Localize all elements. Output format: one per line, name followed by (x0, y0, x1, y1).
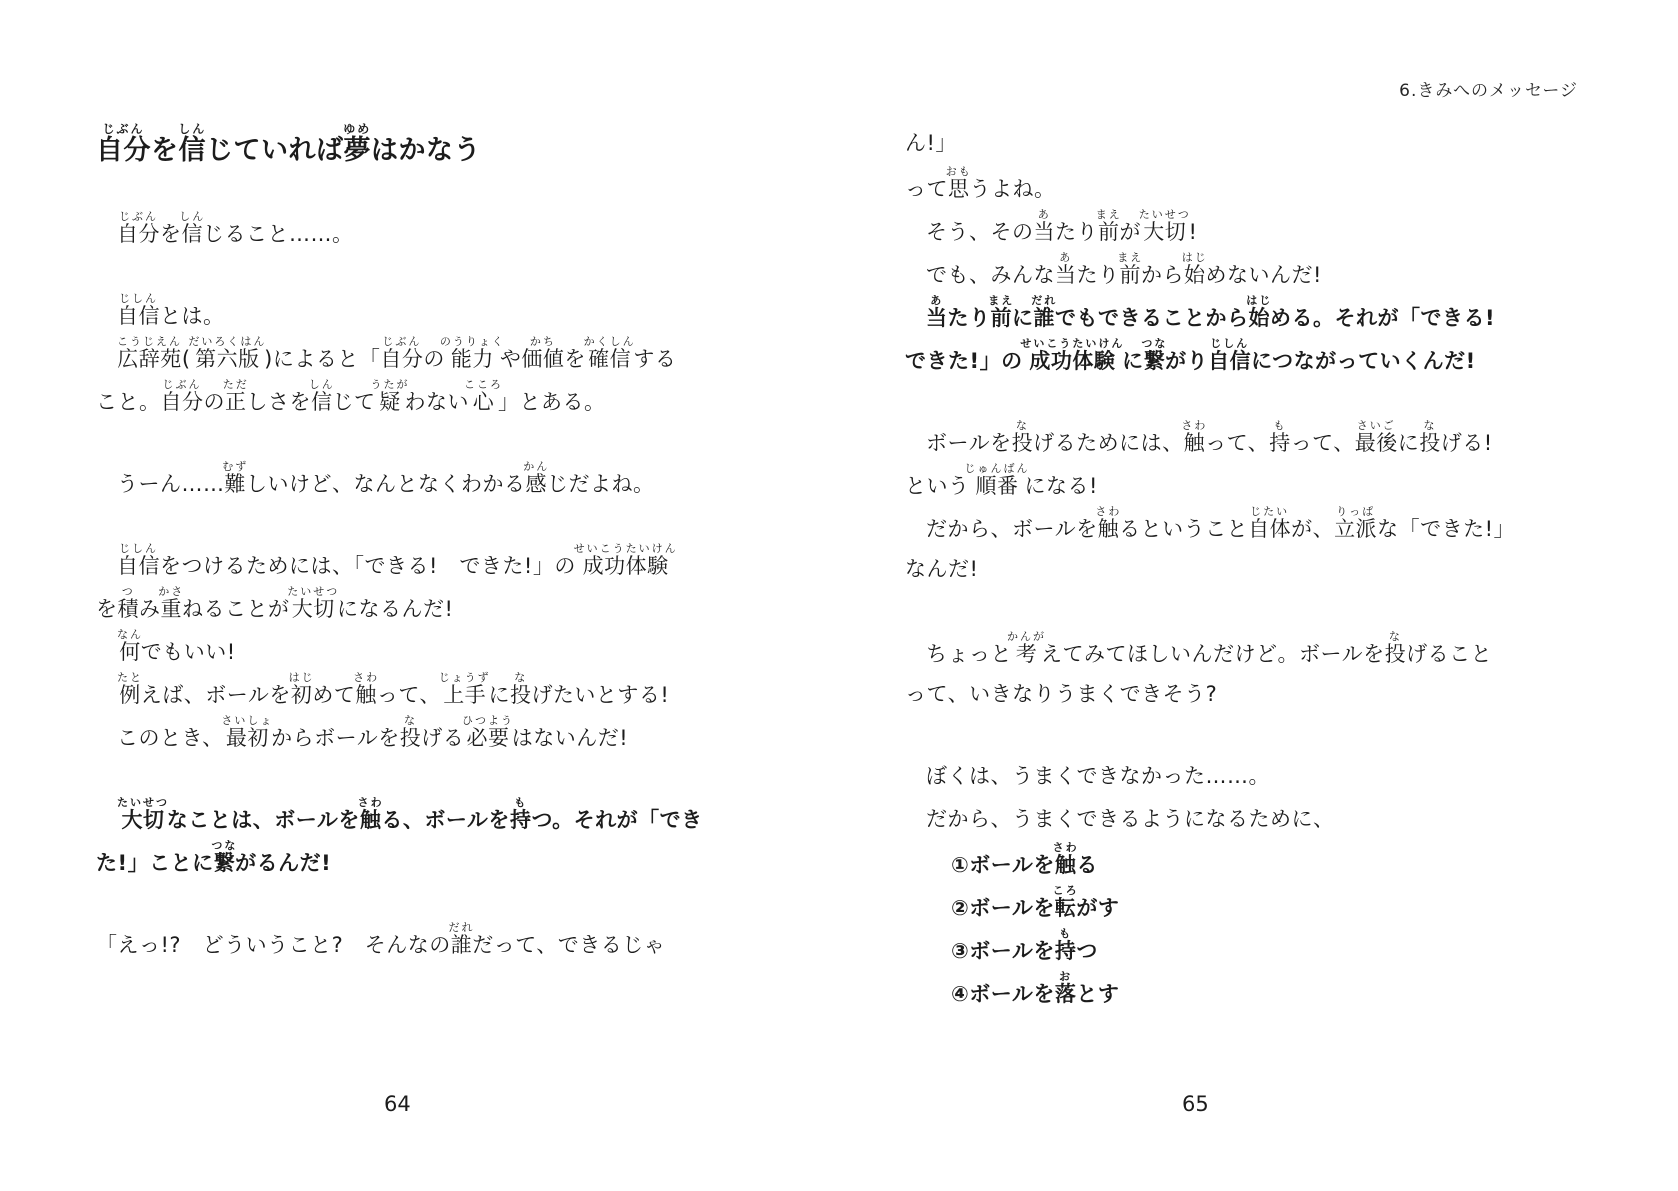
ruby-word: 考かんが (1012, 642, 1041, 666)
text-line: た!」ことに繋つながるんだ! (96, 839, 836, 882)
text-line: ちょっと考かんがえてみてほしいんだけど。ボールを投なげること (905, 630, 1645, 673)
text-line: 当あたり前まえに誰だれでもできることから始はじめる。それが「できる! (905, 294, 1645, 337)
page-number-left: 64 (384, 1092, 411, 1116)
text-line: 広辞苑こうじえん(第六版だいろくはん)によると「自分じぶんの能力のうりょくや価値… (96, 335, 836, 378)
ruby-word: 自体じたい (1248, 517, 1291, 541)
ruby-word: 難むず (225, 472, 247, 496)
ruby-word: 成功体験せいこうたいけん (1023, 349, 1123, 373)
text-line: そう、その当あたり前まえが大切たいせつ! (905, 208, 1645, 251)
text-line: って、いきなりうまくできそう? (905, 673, 1645, 716)
ruby-word: 自分じぶん (161, 390, 204, 414)
ruby-word: 投な (1419, 431, 1441, 455)
ruby-word: 当あ (1055, 263, 1077, 287)
text-line: 何なんでもいい! (96, 628, 836, 671)
ruby-word: 触さわ (355, 683, 377, 707)
ruby-word: 立派りっぱ (1334, 517, 1377, 541)
ruby-word: 最初さいしょ (224, 726, 272, 750)
ruby-word: 自分じぶん (117, 222, 160, 246)
text-line: このとき、最初さいしょからボールを投なげる必要ひつようはないんだ! (96, 714, 836, 757)
ruby-word: 順番じゅんばん (970, 474, 1025, 498)
ruby-word: 転ころ (1055, 896, 1077, 920)
ruby-word: 心こころ (469, 390, 498, 414)
text-line: ②ボールを転ころがす (905, 884, 1645, 927)
text-line: ①ボールを触さわる (905, 841, 1645, 884)
ruby-word: 投な (400, 726, 422, 750)
ruby-word: 夢ゆめ (344, 135, 372, 166)
text-line: 自信じしんをつけるためには、「できる! できた!」の成功体験せいこうたいけん (96, 542, 836, 585)
ruby-word: 感かん (526, 472, 548, 496)
ruby-word: 信しん (179, 135, 207, 166)
paragraph-block: ちょっと考かんがえてみてほしいんだけど。ボールを投なげることって、いきなりうまく… (905, 630, 1645, 716)
ruby-word: 信しん (182, 222, 204, 246)
text-line: 「えっ!? どういうこと? そんなの誰だれだって、できるじゃ (96, 921, 836, 964)
ruby-word: 正ただ (225, 390, 247, 414)
ruby-word: 信しん (311, 390, 333, 414)
ruby-word: 触さわ (360, 808, 382, 832)
ruby-word: 積つ (118, 597, 140, 621)
ruby-word: 広辞苑こうじえん (117, 347, 182, 371)
chapter-header: 6.きみへのメッセージ (1399, 76, 1578, 101)
ruby-word: 自信じしん (117, 304, 160, 328)
ruby-word: 価値かち (521, 347, 564, 371)
paragraph-block: ん!」って思おもうよね。そう、その当あたり前まえが大切たいせつ!でも、みんな当あ… (905, 122, 1645, 380)
ruby-word: 成功体験せいこうたいけん (576, 554, 678, 578)
ruby-word: 疑うたが (376, 390, 405, 414)
text-line: ④ボールを落おとす (905, 970, 1645, 1013)
ruby-word: 例たと (117, 683, 141, 707)
ruby-word: 何なん (117, 640, 141, 664)
page-number-right: 65 (1182, 1092, 1209, 1116)
left-page: 自分じぶんを信しんじていれば夢ゆめはかなう自分じぶんを信しんじること……。自信じ… (96, 0, 836, 1191)
paragraph-block: うーん……難むずしいけど、なんとなくわかる感かんじだよね。 (96, 460, 836, 503)
ruby-word: 確信かくしん (586, 347, 634, 371)
text-line: という順番じゅんばんになる! (905, 462, 1645, 505)
ruby-word: 自分じぶん (96, 135, 151, 166)
text-line: うーん……難むずしいけど、なんとなくわかる感かんじだよね。 (96, 460, 836, 503)
ruby-word: 大切たいせつ (1141, 220, 1189, 244)
ruby-word: 投な (1012, 431, 1034, 455)
text-line: ぼくは、うまくできなかった……。 (905, 755, 1645, 798)
ruby-word: 投な (1385, 642, 1407, 666)
text-line: 自分じぶんを信しんじること……。 (96, 210, 836, 253)
right-page: ん!」って思おもうよね。そう、その当あたり前まえが大切たいせつ!でも、みんな当あ… (905, 0, 1645, 1191)
text-line: でも、みんな当あたり前まえから始はじめないんだ! (905, 251, 1645, 294)
ruby-word: 持も (510, 808, 532, 832)
ruby-word: 自信じしん (1208, 349, 1251, 373)
text-line: って思おもうよね。 (905, 165, 1645, 208)
paragraph-block: ぼくは、うまくできなかった……。だから、うまくできるようになるために、①ボールを… (905, 755, 1645, 1013)
ruby-word: 誰だれ (1034, 306, 1056, 330)
right-page-content: ん!」って思おもうよね。そう、その当あたり前まえが大切たいせつ!でも、みんな当あ… (905, 0, 1645, 1013)
ruby-word: 思おも (948, 177, 970, 201)
ruby-word: 当あ (1034, 220, 1056, 244)
paragraph-block: 「えっ!? どういうこと? そんなの誰だれだって、できるじゃ (96, 921, 836, 964)
paragraph-block: 自分じぶんを信しんじること……。 (96, 210, 836, 253)
text-line: ボールを投なげるためには、触さわって、持もって、最後さいごに投なげる! (905, 419, 1645, 462)
text-line: ③ボールを持もつ (905, 927, 1645, 970)
paragraph-block: 大切たいせつなことは、ボールを触さわる、ボールを持もつ。それが「できた!」ことに… (96, 796, 836, 882)
paragraph-block: 自信じしんをつけるためには、「できる! できた!」の成功体験せいこうたいけんを積… (96, 542, 836, 757)
ruby-word: 繋つな (214, 851, 236, 875)
ruby-word: 重かさ (161, 597, 183, 621)
text-line: できた!」の成功体験せいこうたいけんに繋つながり自信じしんにつながっていくんだ! (905, 337, 1645, 380)
ruby-word: 始はじ (1249, 306, 1271, 330)
ruby-word: 前まえ (991, 306, 1013, 330)
text-line: こと。自分じぶんの正ただしさを信しんじて疑うたがわない心こころ」とある。 (96, 378, 836, 421)
ruby-word: 投な (510, 683, 532, 707)
ruby-word: 触さわ (1055, 853, 1077, 877)
ruby-word: 上手じょうず (441, 683, 489, 707)
paragraph-block: 自信じしんとは。広辞苑こうじえん(第六版だいろくはん)によると「自分じぶんの能力… (96, 292, 836, 421)
ruby-word: 誰だれ (451, 933, 473, 957)
ruby-word: 最後さいご (1355, 431, 1398, 455)
text-line: なんだ! (905, 548, 1645, 591)
ruby-word: 前まえ (1120, 263, 1142, 287)
ruby-word: 必要ひつよう (464, 726, 512, 750)
section-title: 自分じぶんを信しんじていれば夢ゆめはかなう (96, 122, 836, 178)
left-page-content: 自分じぶんを信しんじていれば夢ゆめはかなう自分じぶんを信しんじること……。自信じ… (96, 0, 836, 964)
text-line: 大切たいせつなことは、ボールを触さわる、ボールを持もつ。それが「でき (96, 796, 836, 839)
ruby-word: 触さわ (1098, 517, 1120, 541)
ruby-word: 前まえ (1098, 220, 1120, 244)
text-line: を積つみ重かさねることが大切たいせつになるんだ! (96, 585, 836, 628)
text-line: ん!」 (905, 122, 1645, 165)
ruby-word: 繋つな (1144, 349, 1166, 373)
ruby-word: 持も (1055, 939, 1077, 963)
text-line: 例たとえば、ボールを初はじめて触さわって、上手じょうずに投なげたいとする! (96, 671, 836, 714)
ruby-word: 始はじ (1184, 263, 1206, 287)
text-line: だから、うまくできるようになるために、 (905, 798, 1645, 841)
ruby-word: 当あ (926, 306, 948, 330)
ruby-word: 自分じぶん (380, 347, 423, 371)
ruby-word: 能力のうりょく (445, 347, 500, 371)
ruby-word: 自信じしん (117, 554, 160, 578)
ruby-word: 持も (1269, 431, 1291, 455)
text-line: 自分じぶんを信しんじていれば夢ゆめはかなう (96, 122, 836, 178)
paragraph-block: ボールを投なげるためには、触さわって、持もって、最後さいごに投なげる!という順番… (905, 419, 1645, 591)
ruby-word: 第六版だいろくはん (191, 347, 265, 371)
ruby-word: 触さわ (1184, 431, 1206, 455)
ruby-word: 初はじ (291, 683, 313, 707)
text-line: 自信じしんとは。 (96, 292, 836, 335)
ruby-word: 大切たいせつ (117, 808, 167, 832)
ruby-word: 落お (1055, 982, 1077, 1006)
ruby-word: 大切たいせつ (290, 597, 338, 621)
text-line: だから、ボールを触さわるということ自体じたいが、立派りっぱな「できた!」 (905, 505, 1645, 548)
